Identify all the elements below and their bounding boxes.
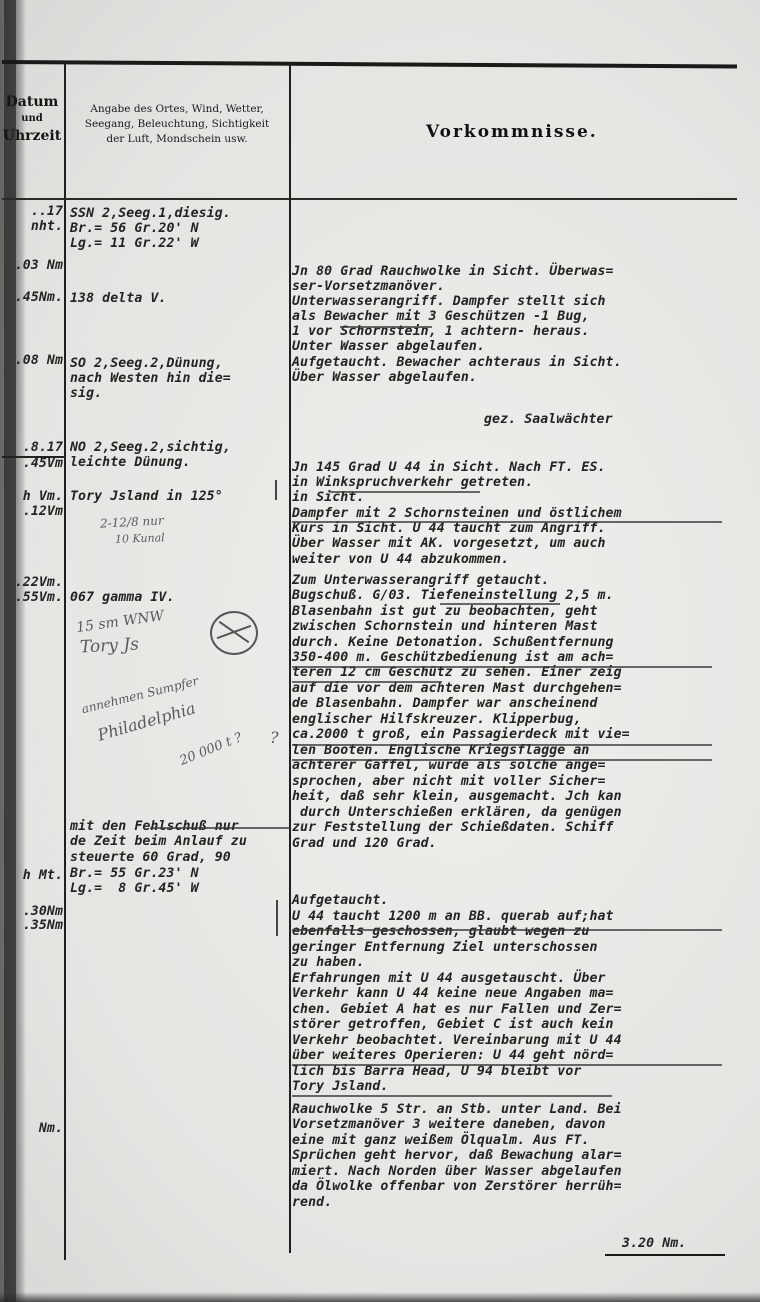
condition-line: SO 2,Seeg.2,Dünung, [70,357,223,372]
time-entry: .45Vm [0,457,65,472]
condition-line: 138 delta V. [70,292,166,307]
event-line: Unter Wasser abgelaufen. [292,340,485,355]
event-line: teren 12 cm Geschütz zu sehen. Einer zei… [292,666,622,681]
time-entry: .22Vm. [0,576,65,591]
event-line: da Ölwolke offenbar von Zerstörer herrüh… [292,1180,622,1195]
event-line: Verkehr beobachtet. Vereinbarung mit U 4… [292,1034,622,1049]
signature-line: gez. Saalwächter [484,413,613,428]
time-entry: .55Vm. [0,591,65,606]
column-divider-1 [64,62,66,1260]
page-bottom-edge [0,1292,760,1302]
event-line: rend. [292,1196,332,1211]
pencil-underline [150,827,290,829]
event-line: Dampfer mit 2 Schornsteinen und östliche… [292,507,622,522]
pencil-underline [292,1095,612,1097]
time-entry: Nm. [0,1122,65,1137]
handwritten-note: 10 Kunal [115,531,165,546]
event-line: Sprüchen geht hervor, daß Bewachung alar… [292,1149,622,1164]
event-line: Jn 80 Grad Rauchwolke in Sicht. Überwas= [292,265,614,280]
event-line: ser-Vorsetzmanöver. [292,280,445,295]
pencil-underline [292,744,712,746]
condition-line: Br.= 56 Gr.20' N [70,222,199,237]
condition-line: sig. [70,387,102,402]
header-datum: Datum und Uhrzeit [2,92,62,146]
event-line: Über Wasser mit AK. vorgesetzt, um auch [292,537,606,552]
condition-line: 067 gamma IV. [70,591,175,606]
event-line: in Sicht. [292,491,364,506]
time-entry: ..17 [0,205,65,220]
event-line: miert. Nach Norden über Wasser abgelaufe… [292,1165,622,1180]
pencil-underline [440,603,560,605]
condition-line: Lg.= 11 Gr.22' W [70,237,199,252]
event-line: auf die vor dem achteren Mast durchgehen… [292,682,622,697]
header-angabe-line: Seegang, Beleuchtung, Sichtigkeit [72,117,282,132]
event-line: achterer Gaffel, wurde als solche ange= [292,759,606,774]
handwritten-note: Tory Js [80,634,140,657]
time-entry: .8.17 [0,441,65,456]
event-line: als Bewacher mit 3 Geschützen -1 Bug, [292,310,589,325]
event-line: Zum Unterwasserangriff getaucht. [292,574,549,589]
event-line: zu haben. [292,956,364,971]
pencil-underline [340,326,432,328]
event-line: U 44 taucht 1200 m an BB. querab auf;hat [292,910,614,925]
time-entry: .35Nm [0,919,65,934]
event-line: Kurs in Sicht. U 44 taucht zum Angriff. [292,522,606,537]
time-entry: .08 Nm [0,354,65,369]
event-line: Grad und 120 Grad. [292,837,437,852]
event-line: englischer Hilfskreuzer. Klipperbug, [292,713,581,728]
pencil-underline [292,681,442,683]
event-line: weiter von U 44 abzukommen. [292,553,509,568]
closing-underline [605,1254,725,1256]
column-divider-2 [289,65,291,1253]
event-line: Unterwasserangriff. Dampfer stellt sich [292,295,606,310]
event-line: zur Feststellung der Schießdaten. Schiff [292,821,614,836]
pencil-underline [292,666,712,668]
event-line: Verkehr kann U 44 keine neue Angaben ma= [292,987,614,1002]
condition-line: nach Westen hin die= [70,372,231,387]
event-line: Über Wasser abgelaufen. [292,371,477,386]
condition-line: NO 2,Seeg.2,sichtig, [70,441,231,456]
pencil-tick [275,480,277,500]
event-line: ebenfalls geschossen, glaubt wegen zu [292,925,589,940]
pencil-underline [292,521,722,523]
time-entry: nht. [0,220,65,235]
event-line: Jn 145 Grad U 44 in Sicht. Nach FT. ES. [292,461,606,476]
event-line: Erfahrungen mit U 44 ausgetauscht. Über [292,972,606,987]
time-entry: h Mt. [0,869,65,884]
event-line: chen. Gebiet A hat es nur Fallen und Zer… [292,1003,622,1018]
header-angabe-line: Angabe des Ortes, Wind, Wetter, [72,102,282,117]
condition-line: leichte Dünung. [70,456,191,471]
header-datum-line2: und [2,112,62,126]
crossed-circle-mark [210,611,258,655]
event-line: Bugschuß. G/03. Tiefeneinstellung 2,5 m. [292,589,614,604]
condition-line: Tory Jsland in 125° [70,490,223,505]
binding-shadow [4,0,16,1302]
event-line: 350-400 m. Geschützbedienung ist am ach= [292,651,614,666]
event-line: geringer Entfernung Ziel unterschossen [292,941,598,956]
condition-line: steuerte 60 Grad, 90 [70,851,231,866]
pencil-underline [330,491,480,493]
handwritten-note: ? [270,728,279,747]
time-entry: .03 Nm [0,259,65,274]
condition-line: Lg.= 8 Gr.45' W [70,882,199,897]
event-line: durch Unterschießen erklären, da genügen [292,806,622,821]
event-line: durch. Keine Detonation. Schußentfernung [292,636,614,651]
event-line: heit, daß sehr klein, ausgemacht. Jch ka… [292,790,622,805]
pencil-underline [292,929,722,931]
event-line: zwischen Schornstein und hinteren Mast [292,620,598,635]
event-line: sprochen, aber nicht mit voller Sicher= [292,775,606,790]
condition-line: Br.= 55 Gr.23' N [70,867,199,882]
time-entry: .45Nm. [0,291,65,306]
pencil-underline [292,1064,722,1066]
condition-line: SSN 2,Seeg.1,diesig. [70,207,231,222]
header-datum-line3: Uhrzeit [3,128,61,144]
event-line: in Winkspruchverkehr getreten. [292,476,533,491]
header-rule [2,198,737,200]
pencil-underline [292,759,712,761]
event-line: len Booten. Englische Kriegsflagge an [292,744,589,759]
time-entry: h Vm. [0,490,65,505]
event-line: über weiteres Operieren: U 44 geht nörd= [292,1049,614,1064]
event-line: Aufgetaucht. Bewacher achteraus in Sicht… [292,356,622,371]
pencil-tick [276,900,278,936]
event-line: lich bis Barra Head, U 94 bleibt vor [292,1065,581,1080]
event-line: Rauchwolke 5 Str. an Stb. unter Land. Be… [292,1103,622,1118]
event-line: ca.2000 t groß, ein Passagierdeck mit vi… [292,728,630,743]
time-entry: .12Vm [0,505,65,520]
event-line: Tory Jsland. [292,1080,388,1095]
event-line: de Blasenbahn. Dampfer war anscheinend [292,697,598,712]
event-line: störer getroffen, Gebiet C ist auch kein [292,1018,614,1033]
event-line: eine mit ganz weißem Ölqualm. Aus FT. [292,1134,589,1149]
time-entry: .30Nm [0,905,65,920]
event-line: Aufgetaucht. [292,894,388,909]
event-line: 1 vor Schornstein, 1 achtern- heraus. [292,325,589,340]
event-line: Vorsetzmanöver 3 weitere daneben, davon [292,1118,606,1133]
header-angabe: Angabe des Ortes, Wind, Wetter, Seegang,… [72,102,282,147]
condition-line: de Zeit beim Anlauf zu [70,835,247,850]
header-vorkommnisse: Vorkommnisse. [426,122,598,142]
header-angabe-line: der Luft, Mondschein usw. [72,132,282,147]
event-line: Blasenbahn ist gut zu beobachten, geht [292,605,598,620]
header-datum-line1: Datum [6,94,59,110]
closing-time: 3.20 Nm. [622,1237,686,1252]
